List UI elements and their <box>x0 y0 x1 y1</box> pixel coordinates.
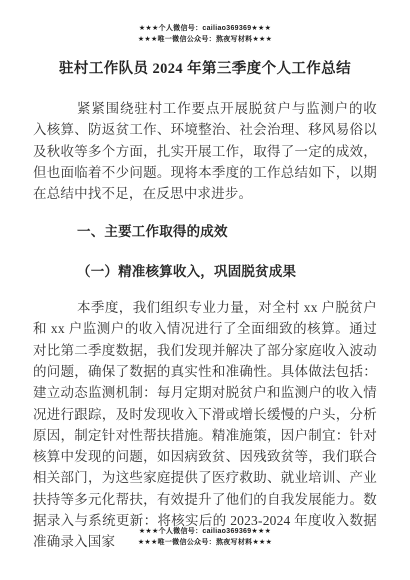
footer-promo: ★★★个人微信号：cailiao369369★★★ ★★★唯一微信公众号：熬夜写… <box>0 527 410 548</box>
header-account-line: ★★★唯一微信公众号：熬夜写材料★★★ <box>0 35 410 46</box>
document-title: 驻村工作队员 2024 年第三季度个人工作总结 <box>33 61 377 78</box>
intro-paragraph: 紧紧围绕驻村工作要点开展脱贫户与监测户的收入核算、防返贫工作、环境整治、社会治理… <box>33 98 377 204</box>
document-body: 紧紧围绕驻村工作要点开展脱贫户与监测户的收入核算、防返贫工作、环境整治、社会治理… <box>33 98 377 553</box>
section-1-heading: 一、主要工作取得的成效 <box>33 221 377 242</box>
header-wechat-line: ★★★个人微信号：cailiao369369★★★ <box>0 24 410 35</box>
section-1-paragraph: 本季度，我们组织专业力量，对全村 xx 户脱贫户和 xx 户监测户的收入情况进行… <box>33 297 377 553</box>
footer-account-line: ★★★唯一微信公众号：熬夜写材料★★★ <box>0 538 410 549</box>
header-promo: ★★★个人微信号：cailiao369369★★★ ★★★唯一微信公众号：熬夜写… <box>0 0 410 45</box>
document-page: ★★★个人微信号：cailiao369369★★★ ★★★唯一微信公众号：熬夜写… <box>0 0 410 580</box>
section-1-subheading: （一）精准核算收入，巩固脱贫成果 <box>33 261 377 282</box>
footer-wechat-line: ★★★个人微信号：cailiao369369★★★ <box>0 527 410 538</box>
